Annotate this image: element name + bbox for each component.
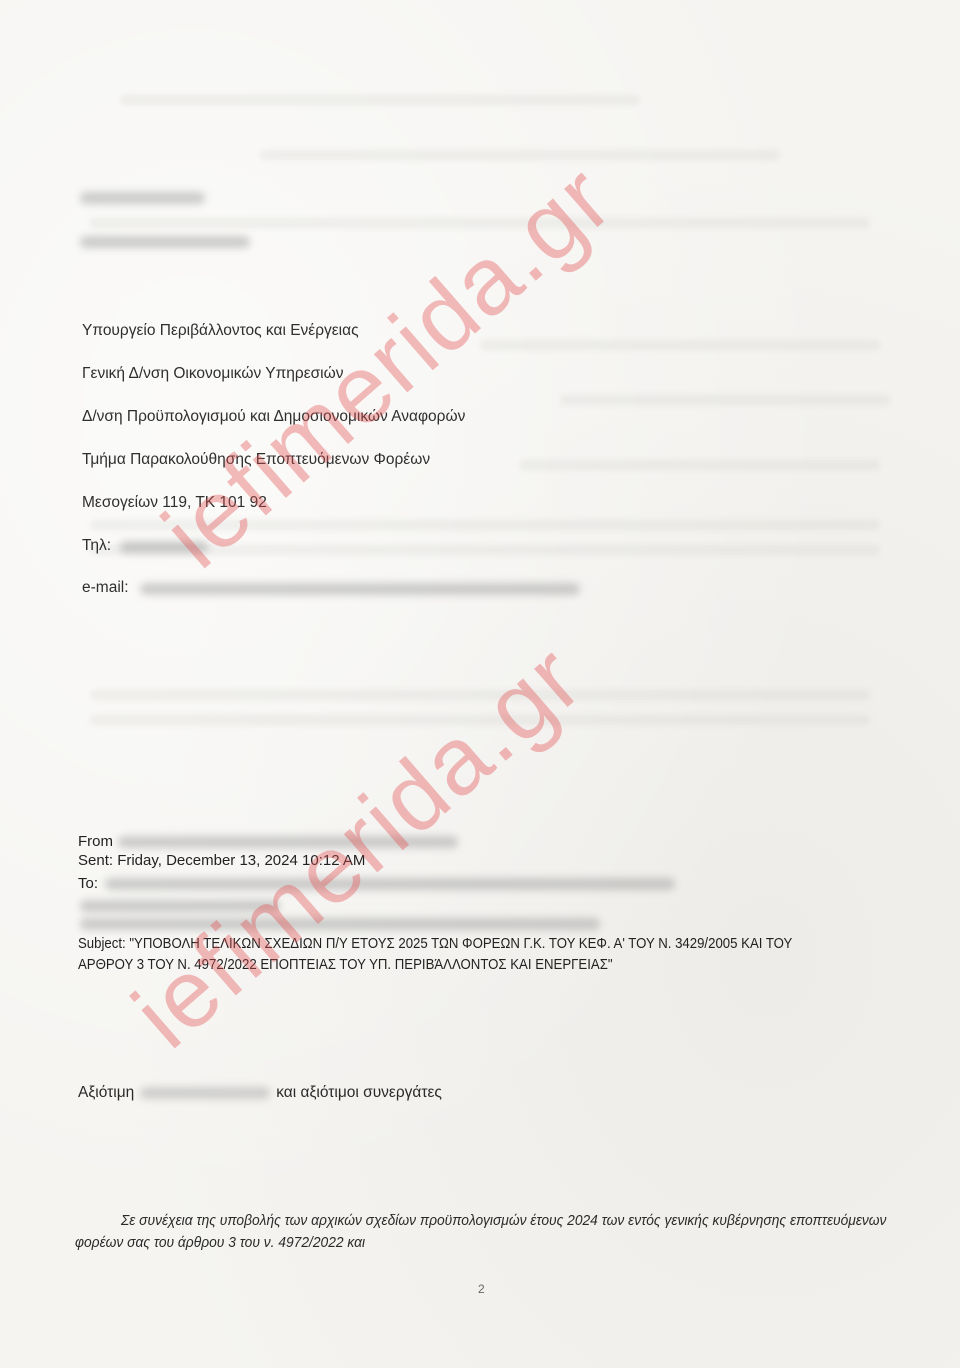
email-label: e-mail: (82, 579, 129, 597)
bleed-through-line (480, 340, 880, 350)
redacted-to (80, 900, 280, 912)
bleed-through-line (120, 95, 640, 105)
ministry-name: Υπουργείο Περιβάλλοντος και Ενέργειας (82, 322, 359, 340)
redacted-email (140, 583, 580, 595)
sent-line: Sent: Friday, December 13, 2024 10:12 AM (78, 852, 365, 869)
address: Μεσογείων 119, ΤΚ 101 92 (82, 494, 267, 512)
bleed-through-line (90, 520, 880, 530)
greeting: Αξιότιμηκαι αξιότιμοι συνεργάτες (78, 1084, 442, 1102)
redacted-from (118, 836, 458, 848)
redacted-text (80, 236, 250, 248)
bleed-through-line (260, 150, 780, 160)
from-label: From (78, 833, 113, 850)
bleed-through-line (520, 460, 880, 470)
greeting-suffix: και αξιότιμοι συνεργάτες (276, 1084, 442, 1101)
to-label: To: (78, 875, 98, 892)
phone-label: Τηλ: (82, 537, 111, 555)
redacted-text (80, 192, 205, 204)
redacted-cc (80, 918, 600, 930)
redacted-name (140, 1087, 270, 1099)
bleed-through-line (90, 690, 870, 700)
general-directorate: Γενική Δ/νση Οικονομικών Υπηρεσιών (82, 365, 343, 383)
body-text: Σε συνέχεια της υποβολής των αρχικών σχε… (75, 1212, 886, 1251)
redacted-phone (120, 541, 208, 553)
bleed-through-line (90, 545, 880, 555)
bleed-through-line (90, 715, 870, 725)
bleed-through-line (560, 395, 890, 405)
redacted-to (105, 878, 675, 890)
page-number: 2 (478, 1282, 485, 1296)
subject-label: Subject: (78, 935, 126, 952)
subject-line: Subject: "ΥΠΟΒΟΛΗ ΤΕΛΙΚΩΝ ΣΧΕΔΙΩΝ Π/Υ ΕΤ… (78, 933, 800, 975)
body-paragraph: Σε συνέχεια της υποβολής των αρχικών σχε… (75, 1210, 903, 1254)
subject-text: "ΥΠΟΒΟΛΗ ΤΕΛΙΚΩΝ ΣΧΕΔΙΩΝ Π/Υ ΕΤΟΥΣ 2025 … (78, 935, 792, 973)
bleed-through-line (90, 218, 870, 228)
directorate: Δ/νση Προϋπολογισμού και Δημοσιονομικών … (82, 408, 465, 426)
document-page: Υπουργείο Περιβάλλοντος και Ενέργειας Γε… (0, 0, 960, 1368)
greeting-prefix: Αξιότιμη (78, 1084, 134, 1101)
department: Τμήμα Παρακολούθησης Εποπτευόμενων Φορέω… (82, 451, 430, 469)
